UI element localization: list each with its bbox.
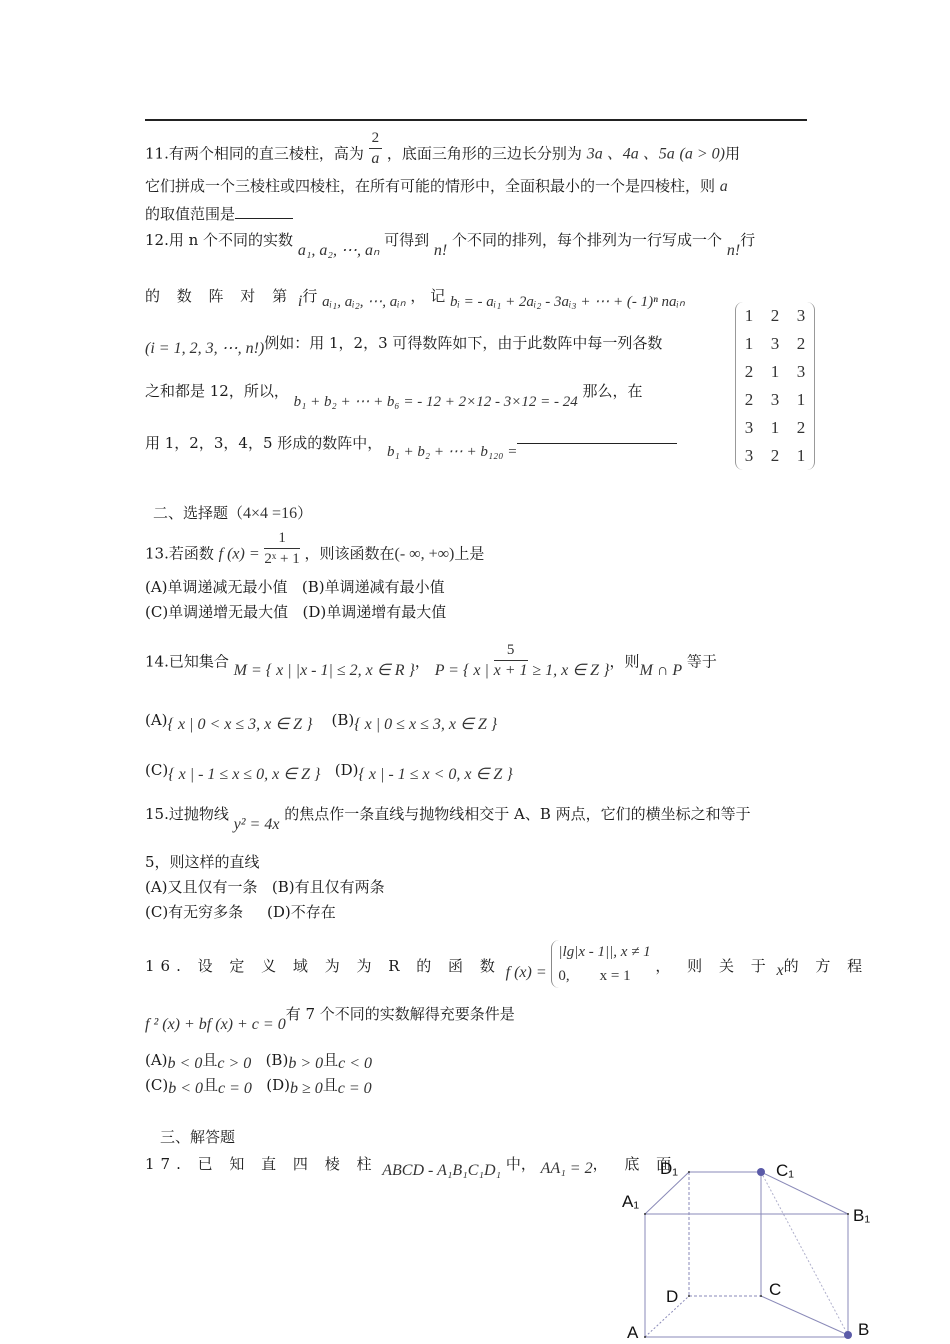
option-label: (B) — [332, 711, 355, 729]
label-a1: A₁ — [622, 1192, 639, 1211]
q14-options-row2: (C){ x | - 1 ≤ x ≤ 0, x ∈ Z } (D){ x | -… — [145, 760, 513, 781]
q12-text: 个不同的排列，每个排列为一行写成一个 — [452, 231, 722, 249]
matrix-cell: 1 — [745, 302, 754, 330]
option-a[interactable]: (A)单调递减无最小值 — [145, 578, 288, 596]
q16-fx: f (x) = — [506, 964, 547, 981]
matrix-cell: 2 — [771, 302, 780, 330]
q16-options-row2: (C)b < 0且c = 0 (D)b ≥ 0且c = 0 — [145, 1075, 372, 1096]
matrix-cell: 2 — [797, 414, 806, 442]
section-choice-title: 二、选择题（4×4 =16） — [153, 502, 312, 523]
option-and: 且 — [202, 1051, 217, 1069]
option-c[interactable]: (C){ x | - 1 ≤ x ≤ 0, x ∈ Z } — [145, 761, 320, 779]
matrix-cell: 1 — [771, 414, 780, 442]
q12-nfact: n! — [727, 242, 740, 259]
q13-options-row1: (A)单调递减无最小值 (B)单调递减有最小值 — [145, 577, 445, 597]
q13-fraction: 1 2ˣ + 1 — [264, 528, 299, 569]
matrix-row: 213 — [736, 358, 814, 386]
matrix-cell: 2 — [797, 330, 806, 358]
q12-text: 的 数 阵 对 第 — [145, 287, 293, 305]
q15-line2: 5，则这样的直线 — [145, 852, 260, 872]
q14-set-m: M = { x | |x - 1| ≤ 2, x ∈ R } — [234, 662, 415, 679]
answer-blank[interactable] — [517, 443, 677, 444]
q14-text: 等于 — [687, 653, 717, 671]
q12-formula: bᵢ = - aᵢ₁ + 2aᵢ₂ - 3aᵢ₃ + ⋯ + (- 1)ⁿ na… — [450, 294, 685, 310]
option-a[interactable]: (A)又且仅有一条 — [145, 878, 258, 896]
matrix-cell: 1 — [771, 358, 780, 386]
q12-i: i — [298, 293, 302, 310]
q16-text: 有 7 个不同的实数解得充要条件是 — [286, 1005, 515, 1023]
option-c-cond: c = 0 — [218, 1080, 252, 1097]
option-c[interactable]: (C)有无穷多条 — [145, 903, 243, 921]
q13-text: 上是 — [454, 545, 484, 563]
q11-height-fraction: 2 a — [369, 128, 383, 169]
label-b: B — [858, 1320, 869, 1339]
label-a: A — [627, 1323, 639, 1342]
option-b[interactable]: (B)有且仅有两条 — [272, 878, 385, 896]
section-title: ） — [297, 504, 312, 522]
q12-line2: 的 数 阵 对 第 i行 aᵢ₁, aᵢ₂, ⋯, aᵢₙ ， 记 bᵢ = -… — [145, 286, 685, 307]
matrix-cell: 3 — [797, 302, 806, 330]
option-b-cond: b < 0 — [168, 1080, 203, 1097]
q15-text: 的焦点作一条直线与抛物线相交于 A、B 两点，它们的横坐标之和等于 — [284, 805, 750, 823]
q16-equation: f ² (x) + bf (x) + c = 0 — [145, 1016, 286, 1033]
matrix-cell: 3 — [771, 330, 780, 358]
q12-text: 那么，在 — [583, 382, 643, 400]
q11-text: 它们拼成一个三棱柱或四棱柱，在所有可能的情形中，全面积最小的一个是四棱柱，则 — [145, 177, 715, 195]
q14-set-p: ≥ 1, x ∈ Z } — [532, 662, 609, 679]
q14-set-p: P = { x | — [435, 662, 489, 679]
prism-diagram: D₁ C₁ A₁ B₁ D C A B — [610, 1145, 890, 1344]
section-title: 三、解答题 — [160, 1128, 235, 1146]
q12-example-formula: b₁ + b₂ + ⋯ + b₆ = - 12 + 2×12 - 3×12 = … — [294, 394, 578, 410]
q12-text: 可得到 — [384, 231, 429, 249]
option-b[interactable]: (B){ x | 0 ≤ x ≤ 3, x ∈ Z } — [332, 711, 498, 729]
q12-range: (i = 1, 2, 3, ⋯, n!) — [145, 340, 264, 357]
option-a[interactable]: (A)b < 0且c > 0 — [145, 1051, 251, 1069]
q13-text: 13.若函数 — [145, 545, 214, 563]
q16-text: 的 方 程 — [784, 957, 869, 975]
section-title: 二、选择题（ — [153, 504, 243, 522]
option-set: { x | - 1 ≤ x < 0, x ∈ Z } — [358, 766, 512, 783]
option-b-cond: b > 0 — [288, 1055, 323, 1072]
q14-text: ，则 — [609, 653, 639, 671]
q11-line3: 的取值范围是 — [145, 204, 293, 224]
label-c1: C₁ — [776, 1161, 794, 1180]
q11-sides: 3a 、4a 、5a — [587, 146, 675, 163]
q17-stem: 17. 已 知 直 四 棱 柱 ABCD - A₁B₁C₁D₁ 中， AA₁ =… — [145, 1154, 677, 1175]
option-c[interactable]: (C)单调递增无最大值 — [145, 603, 288, 621]
matrix-cell: 2 — [771, 442, 780, 470]
option-set: { x | - 1 ≤ x ≤ 0, x ∈ Z } — [168, 766, 320, 783]
q14-stem: 14.已知集合 M = { x | |x - 1| ≤ 2, x ∈ R }， … — [145, 644, 717, 681]
section-answer-title: 三、解答题 — [160, 1126, 235, 1147]
option-label: (D) — [266, 1076, 290, 1094]
option-label: (C) — [145, 761, 168, 779]
q12-question-formula: b₁ + b₂ + ⋯ + b₁₂₀ = — [387, 444, 517, 460]
option-b-cond: b < 0 — [168, 1055, 203, 1072]
q17-text: 中， — [506, 1155, 536, 1173]
matrix-cell: 1 — [745, 330, 754, 358]
q17-edge: AA₁ = 2 — [541, 1160, 593, 1177]
option-a[interactable]: (A){ x | 0 < x ≤ 3, x ∈ Z } — [145, 711, 312, 729]
q16-case2: 0, x = 1 — [558, 964, 650, 988]
fraction-num: 2 — [369, 128, 383, 149]
q13-text: ，则该函数在 — [305, 545, 395, 563]
q15-text: 15.过抛物线 — [145, 805, 229, 823]
q11-line1: 11.有两个相同的直三棱柱，高为 2 a ，底面三角形的三边长分别为 3a 、4… — [145, 140, 740, 169]
point-c1 — [757, 1168, 765, 1176]
label-c: C — [769, 1280, 781, 1299]
label-b1: B₁ — [853, 1206, 870, 1225]
option-label: (D) — [335, 761, 359, 779]
q13-stem: 13.若函数 f (x) = 1 2ˣ + 1 ，则该函数在(- ∞, +∞)上… — [145, 540, 484, 569]
q13-options-row2: (C)单调递增无最大值 (D)单调递增有最大值 — [145, 602, 446, 622]
option-and: 且 — [323, 1051, 338, 1069]
option-c[interactable]: (C)b < 0且c = 0 — [145, 1076, 252, 1094]
matrix-cell: 3 — [797, 358, 806, 386]
q16-line2: f ² (x) + bf (x) + c = 0有 7 个不同的实数解得充要条件… — [145, 1004, 515, 1025]
section-score: 4×4 =16 — [243, 505, 297, 522]
q12-text: 用 1，2，3，4，5 形成的数阵中， — [145, 434, 382, 452]
q16-piecewise: |lg|x - 1||, x ≠ 1 0, x = 1 — [551, 940, 650, 988]
permutation-matrix: 123 132 213 231 312 321 — [735, 302, 815, 470]
q12-line5: 用 1，2，3，4，5 形成的数阵中， b₁ + b₂ + ⋯ + b₁₂₀ = — [145, 433, 677, 454]
option-and: 且 — [323, 1076, 338, 1094]
q12-text: 之和都是 12，所以， — [145, 382, 289, 400]
header-rule — [145, 119, 807, 121]
q11-text: ，底面三角形的三边长分别为 — [387, 145, 582, 163]
q12-seq: a₁, a₂, ⋯, aₙ — [298, 242, 380, 259]
fraction-den: a — [369, 149, 383, 169]
q16-stem: 16. 设 定 义 域 为 为 R 的 函 数 f (x) = |lg|x - … — [145, 946, 868, 988]
label-d: D — [666, 1287, 678, 1306]
matrix-row: 132 — [736, 330, 814, 358]
matrix-cell: 3 — [745, 442, 754, 470]
option-label: (A) — [145, 1051, 168, 1069]
q11-text: 用 — [725, 145, 740, 163]
q12-nfact: n! — [434, 242, 447, 259]
q12-text: 行 — [740, 231, 755, 249]
matrix-cell: 1 — [797, 442, 806, 470]
option-label: (B) — [266, 1051, 289, 1069]
q16-text: 16. 设 定 义 域 为 为 R 的 函 数 — [145, 957, 501, 975]
matrix-cell: 2 — [745, 358, 754, 386]
q11-var: a — [720, 178, 728, 195]
option-c-cond: c = 0 — [338, 1080, 372, 1097]
option-label: (A) — [145, 711, 168, 729]
q15-options-row2: (C)有无穷多条 (D)不存在 — [145, 902, 336, 922]
fraction-den: 2ˣ + 1 — [264, 549, 299, 569]
prism-svg: D₁ C₁ A₁ B₁ D C A B — [610, 1145, 890, 1344]
option-b[interactable]: (B)b > 0且c < 0 — [266, 1051, 372, 1069]
q12-text: 例如：用 1，2，3 可得数阵如下，由于此数阵中每一列各数 — [264, 334, 662, 352]
option-d[interactable]: (D)单调递增有最大值 — [303, 603, 447, 621]
matrix-row: 231 — [736, 386, 814, 414]
q14-text: 14.已知集合 — [145, 653, 229, 671]
matrix-cell: 1 — [797, 386, 806, 414]
matrix-row: 312 — [736, 414, 814, 442]
option-b[interactable]: (B)单调递减有最小值 — [302, 578, 445, 596]
option-c-cond: c < 0 — [338, 1055, 372, 1072]
q11-text: 11.有两个相同的直三棱柱，高为 — [145, 145, 364, 163]
q13-interval: (- ∞, +∞) — [395, 546, 455, 563]
fraction-num: 5 — [494, 640, 528, 661]
option-c-cond: c > 0 — [217, 1055, 251, 1072]
q16-text: ， 则 关 于 — [655, 957, 771, 975]
q14-intersection: M ∩ P — [639, 662, 682, 679]
matrix-row: 123 — [736, 302, 814, 330]
matrix-cell: 3 — [771, 386, 780, 414]
q11-cond: (a > 0) — [680, 146, 725, 163]
option-d[interactable]: (D){ x | - 1 ≤ x < 0, x ∈ Z } — [335, 761, 513, 779]
q12-text: 12.用 n 个不同的实数 — [145, 231, 293, 249]
label-d1: D₁ — [660, 1159, 678, 1178]
matrix-row: 321 — [736, 442, 814, 470]
answer-blank[interactable] — [235, 218, 293, 219]
q17-text: 17. 已 知 直 四 棱 柱 — [145, 1155, 377, 1173]
q15-text: 5，则这样的直线 — [145, 853, 260, 871]
option-b-cond: b ≥ 0 — [290, 1080, 323, 1097]
q16-options-row1: (A)b < 0且c > 0 (B)b > 0且c < 0 — [145, 1050, 372, 1071]
q11-line2: 它们拼成一个三棱柱或四棱柱，在所有可能的情形中，全面积最小的一个是四棱柱，则 a — [145, 176, 728, 197]
q14-options-row1: (A){ x | 0 < x ≤ 3, x ∈ Z } (B){ x | 0 ≤… — [145, 710, 497, 731]
fraction-den: x + 1 — [494, 661, 528, 681]
q12-line1: 12.用 n 个不同的实数 a₁, a₂, ⋯, aₙ 可得到 n! 个不同的排… — [145, 230, 755, 251]
q16-case1: |lg|x - 1||, x ≠ 1 — [558, 940, 650, 964]
matrix-cell: 3 — [745, 414, 754, 442]
point-b — [844, 1331, 852, 1339]
option-d[interactable]: (D)不存在 — [267, 903, 336, 921]
q15-stem: 15.过抛物线 y² = 4x 的焦点作一条直线与抛物线相交于 A、B 两点，它… — [145, 804, 751, 825]
q12-line3: (i = 1, 2, 3, ⋯, n!)例如：用 1，2，3 可得数阵如下，由于… — [145, 333, 662, 354]
q12-line4: 之和都是 12，所以， b₁ + b₂ + ⋯ + b₆ = - 12 + 2×… — [145, 381, 643, 402]
q11-text: 的取值范围是 — [145, 205, 235, 223]
q12-text: 行 — [302, 287, 317, 305]
option-label: (C) — [145, 1076, 168, 1094]
q16-var: x — [777, 962, 784, 979]
option-and: 且 — [203, 1076, 218, 1094]
q12-row-seq: aᵢ₁, aᵢ₂, ⋯, aᵢₙ — [322, 294, 406, 310]
q12-text: ， 记 — [410, 287, 445, 305]
option-d[interactable]: (D)b ≥ 0且c = 0 — [266, 1076, 371, 1094]
q14-text: ， — [415, 653, 430, 671]
q14-fraction: 5 x + 1 — [494, 640, 528, 681]
option-set: { x | 0 ≤ x ≤ 3, x ∈ Z } — [354, 716, 497, 733]
q17-prism: ABCD - A₁B₁C₁D₁ — [382, 1162, 501, 1179]
q15-equation: y² = 4x — [234, 816, 280, 833]
q15-options-row1: (A)又且仅有一条 (B)有且仅有两条 — [145, 877, 385, 897]
fraction-num: 1 — [264, 528, 299, 549]
option-set: { x | 0 < x ≤ 3, x ∈ Z } — [168, 716, 313, 733]
matrix-cell: 2 — [745, 386, 754, 414]
q13-fx: f (x) = — [219, 546, 260, 563]
